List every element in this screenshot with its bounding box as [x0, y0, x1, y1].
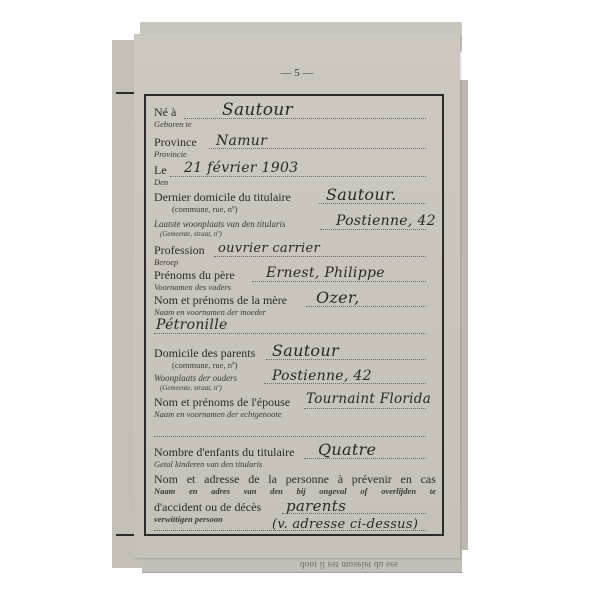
- value-province: Namur: [216, 133, 267, 149]
- value-parents-domicile-nl: Postienne, 42: [272, 368, 372, 384]
- label-word: en: [189, 486, 198, 496]
- field-children: Nombre d'enfants du titulaire Getal kind…: [154, 446, 436, 469]
- field-last-domicile-nl: Laatste woonplaats van den titularis (Ge…: [154, 219, 436, 239]
- field-parents-domicile: Domicile des parents (commune, rue, nº) …: [154, 347, 436, 370]
- value-children: Quatre: [318, 440, 376, 459]
- value-mother-line2: Pétronille: [156, 317, 228, 333]
- page-number: — 5 —: [134, 67, 460, 79]
- field-parents-domicile-nl: Woonplaats der ouders (Gemeente, straat,…: [154, 373, 436, 393]
- label-last-domicile-nl-sub: (Gemeente, straat, nº): [154, 229, 436, 239]
- label-children-nl: Getal kinderen van den titularis: [154, 459, 436, 469]
- value-birthplace: Sautour: [222, 100, 293, 120]
- label-word: et: [187, 473, 196, 486]
- label-emergency-fr-line1: Nometadressedelapersonneàprévenirencas: [154, 473, 436, 486]
- value-emergency-line2: (v. adresse ci-dessus): [272, 517, 418, 532]
- value-father: Ernest, Philippe: [266, 265, 385, 281]
- label-word: Nom: [154, 473, 178, 486]
- field-province: Province Provincie Namur: [154, 136, 436, 159]
- dotted-line: [304, 408, 426, 409]
- label-word: Naam: [154, 486, 175, 496]
- value-mother: Ozer,: [316, 288, 360, 307]
- label-word: adres: [211, 486, 230, 496]
- label-birthplace-nl: Geboren te: [154, 119, 436, 129]
- value-last-domicile: Sautour.: [326, 185, 397, 204]
- field-date: Le Den 21 février 1903: [154, 164, 436, 187]
- label-word: de: [248, 473, 259, 486]
- dotted-line: [320, 229, 426, 230]
- field-profession: Profession Beroep ouvrier carrier: [154, 244, 436, 267]
- field-birthplace: Né à Geboren te Sautour: [154, 106, 436, 129]
- label-word: la: [268, 473, 277, 486]
- dotted-line: [214, 256, 426, 257]
- label-word: overlijden: [381, 486, 416, 496]
- field-father: Prénoms du père Voornamen des vaders Ern…: [154, 269, 436, 292]
- value-last-domicile-nl: Postienne, 42: [336, 213, 436, 229]
- document-page: — 5 — Né à Geboren te Sautour Province P…: [134, 34, 460, 558]
- label-word: van: [244, 486, 257, 496]
- dotted-line: [154, 436, 426, 437]
- label-word: adresse: [204, 473, 239, 486]
- dotted-line: [184, 118, 426, 119]
- label-word: prévenir: [352, 473, 392, 486]
- label-word: cas: [421, 473, 436, 486]
- value-date: 21 février 1903: [184, 160, 298, 176]
- label-word: te: [430, 486, 436, 496]
- label-word: ongeval: [319, 486, 346, 496]
- field-spouse: Nom et prénoms de l'épouse Naam en voorn…: [154, 396, 436, 419]
- value-spouse: Tournaint Florida: [306, 391, 431, 407]
- value-profession: ouvrier carrier: [218, 241, 320, 256]
- underlying-page-text: dont il est muselet du ses: [300, 560, 398, 570]
- value-emergency: parents: [286, 497, 346, 515]
- dotted-line: [252, 281, 426, 282]
- label-word: à: [338, 473, 343, 486]
- label-word: en: [401, 473, 412, 486]
- label-emergency-nl-line1: Naamenadresvandenbijongevalofoverlijdent…: [154, 486, 436, 496]
- label-word: of: [360, 486, 367, 496]
- field-mother: Nom et prénoms de la mère Naam en voorna…: [154, 294, 436, 317]
- label-mother-nl: Naam en voornamen der moeder: [154, 307, 436, 317]
- label-province-nl: Provincie: [154, 149, 436, 159]
- field-last-domicile: Dernier domicile du titulaire (commune, …: [154, 191, 436, 214]
- label-father-nl: Voornamen des vaders: [154, 282, 436, 292]
- label-spouse-nl: Naam en voornamen der echtgenoote: [154, 409, 436, 419]
- field-emergency: Nometadressedelapersonneàprévenirencas N…: [154, 473, 436, 496]
- page-right-edge: [460, 80, 468, 550]
- value-parents-domicile: Sautour: [272, 341, 339, 360]
- label-word: bij: [297, 486, 306, 496]
- dotted-line: [154, 333, 426, 334]
- label-word: personne: [286, 473, 329, 486]
- form-frame: Né à Geboren te Sautour Province Provinc…: [144, 94, 444, 536]
- label-word: den: [270, 486, 283, 496]
- dotted-line: [170, 176, 426, 177]
